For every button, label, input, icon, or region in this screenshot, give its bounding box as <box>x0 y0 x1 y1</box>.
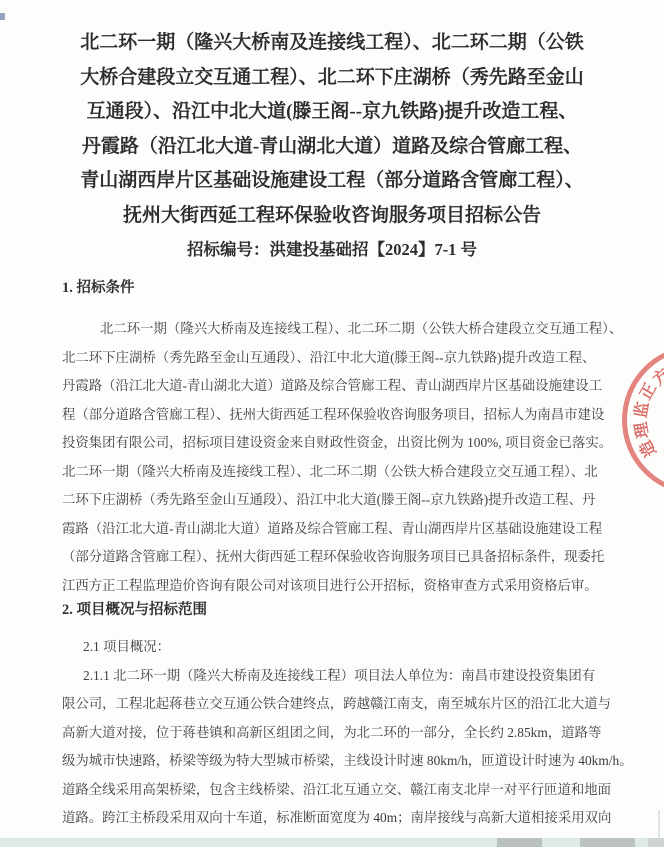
scan-artifact-mark <box>0 13 5 20</box>
text-line: 互通段）、沿江中北大道(滕王阁--京九铁路)提升改造工程、 <box>62 95 602 130</box>
document-content: 北二环一期（隆兴大桥南及连接线工程）、北二环二期（公铁大桥合建段立交互通工程）、… <box>62 0 602 833</box>
text-line: 级为城市快速路，桥梁等级为特大型城市桥梁，主线设计时速 80km/h，匝道设计时… <box>62 747 602 776</box>
text-line: 2.1.1 北二环一期（隆兴大桥南及连接线工程）项目法人单位为：南昌市建设投资集… <box>62 662 602 691</box>
text-line: 北二环一期（隆兴大桥南及连接线工程）、北二环二期（公铁 <box>62 26 602 61</box>
section-2-1-1-paragraph: 2.1.1 北二环一期（隆兴大桥南及连接线工程）项目法人单位为：南昌市建设投资集… <box>62 662 602 833</box>
text-line: 北二环一期（隆兴大桥南及连接线工程）、北二环二期（公铁大桥合建段立交互通工程）、 <box>62 315 602 344</box>
text-line: 北二环下庄湖桥（秀先路至金山互通段）、沿江中北大道(滕王阁--京九铁路)提升改造… <box>62 344 602 373</box>
document-title: 北二环一期（隆兴大桥南及连接线工程）、北二环二期（公铁大桥合建段立交互通工程）、… <box>62 0 602 233</box>
text-line: 霞路（沿江北大道-青山湖北大道）道路及综合管廊工程、青山湖西岸片区基础设施建设工… <box>62 515 602 544</box>
text-line: 丹霞路（沿江北大道-青山湖北大道）道路及综合管廊工程、 <box>62 130 602 165</box>
text-line: 青山湖西岸片区基础设施建设工程（部分道路含管廊工程）、 <box>62 164 602 199</box>
scan-bottom-patch <box>648 838 664 847</box>
text-line: 投资集团有限公司，招标项目建设资金来自财政性资金，出资比例为 100%, 项目资… <box>62 429 602 458</box>
section-1-paragraph: 北二环一期（隆兴大桥南及连接线工程）、北二环二期（公铁大桥合建段立交互通工程）、… <box>62 315 602 600</box>
text-line: 抚州大街西延工程环保验收咨询服务项目招标公告 <box>62 199 602 234</box>
document-page: 北二环一期（隆兴大桥南及连接线工程）、北二环二期（公铁大桥合建段立交互通工程）、… <box>0 0 664 847</box>
scan-bottom-band <box>0 838 664 847</box>
text-line: 程（部分道路含管廊工程）、抚州大街西延工程环保验收咨询服务项目，招标人为南昌市建… <box>62 401 602 430</box>
scan-bottom-patch <box>497 838 542 847</box>
scan-edge-line <box>658 810 660 838</box>
text-line: 道路全线采用高架桥梁，包含主线桥梁、沿江北互通立交、赣江南支北岸一对平行匝道和地… <box>62 776 602 805</box>
text-line: 二环下庄湖桥（秀先路至金山互通段）、沿江中北大道(滕王阁--京九铁路)提升改造工… <box>62 486 602 515</box>
section-2-1-subheading: 2.1 项目概况： <box>62 633 602 662</box>
text-line: 道路。跨江主桥段采用双向十车道，标准断面宽度为 40m；南岸接线与高新大道相接采… <box>62 804 602 833</box>
section-1-heading: 1. 招标条件 <box>62 278 602 299</box>
scan-bottom-patch <box>580 838 635 847</box>
text-line: 高新大道对接，位于蒋巷镇和高新区组团之间，为北二环的一部分，全长约 2.85km… <box>62 719 602 748</box>
text-line: 大桥合建段立交互通工程）、北二环下庄湖桥（秀先路至金山 <box>62 61 602 96</box>
text-line: 限公司，工程北起蒋巷立交互通公铁合建终点，跨越赣江南支，南至城东片区的沿江北大道… <box>62 690 602 719</box>
text-line: 江西方正工程监理造价咨询有限公司对该项目进行公开招标，资格审查方式采用资格后审。 <box>62 572 602 601</box>
section-2-heading: 2. 项目概况与招标范围 <box>62 600 602 621</box>
text-line: 北二环一期（隆兴大桥南及连接线工程）、北二环二期（公铁大桥合建段立交互通工程）、… <box>62 458 602 487</box>
seal-character: 监 <box>633 400 654 421</box>
tender-number: 招标编号：洪建投基础招【2024】7-1 号 <box>62 233 602 266</box>
text-line: （部分道路含管廊工程）、抚州大街西延工程环保验收咨询服务项目已具备招标条件，现委… <box>62 543 602 572</box>
text-line: 丹霞路（沿江北大道-青山湖北大道）道路及综合管廊工程、青山湖西岸片区基础设施建设… <box>62 372 602 401</box>
text-line: 2.1 项目概况： <box>62 633 602 662</box>
